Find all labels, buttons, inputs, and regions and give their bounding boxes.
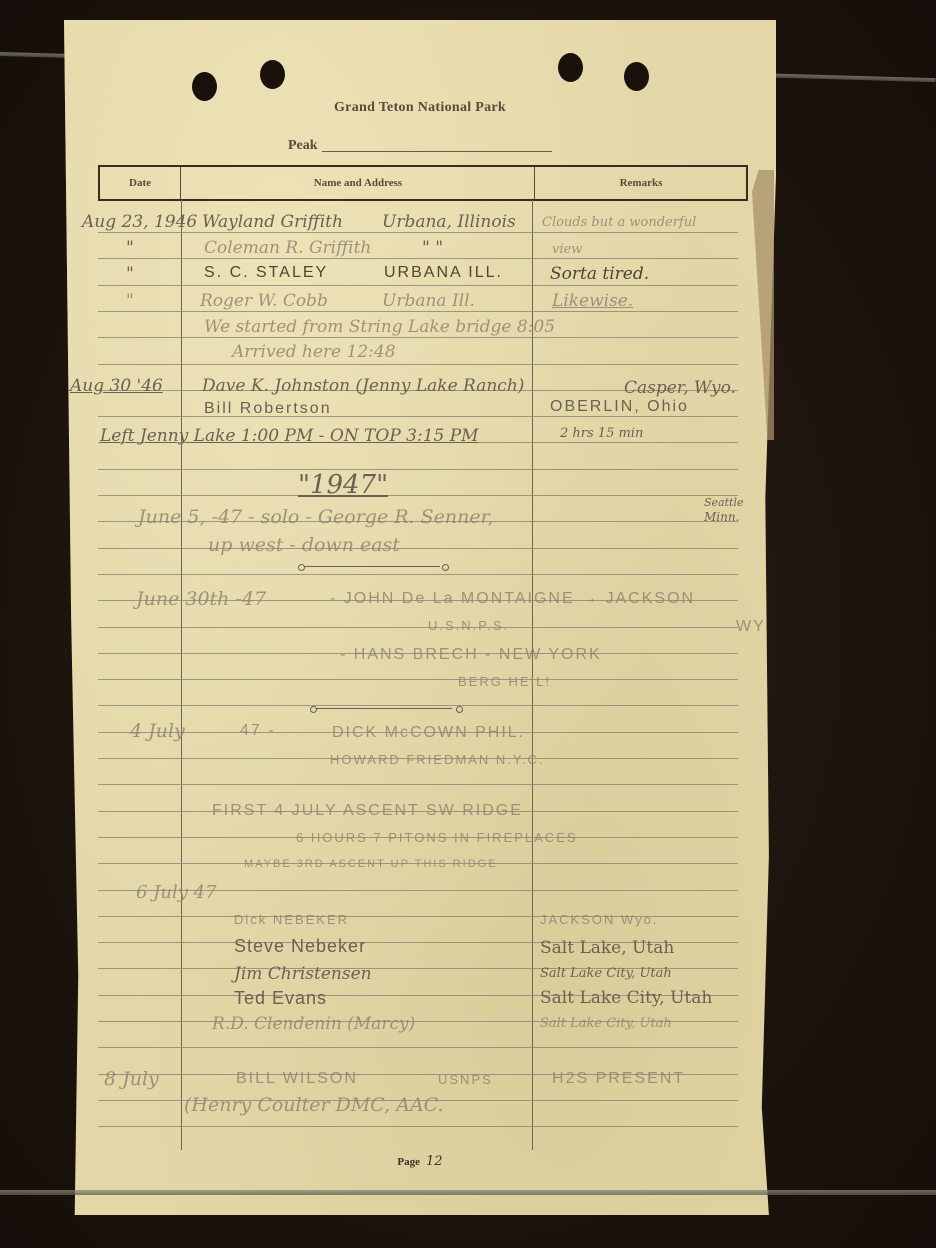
entry-date: Aug 23, 1946	[82, 212, 197, 232]
ruled-line	[98, 784, 738, 785]
ruled-line	[98, 705, 738, 706]
ruled-line	[98, 1126, 738, 1127]
entry-line: WYO.	[736, 618, 787, 636]
entry-address: " "	[422, 238, 443, 258]
entry-remarks: view	[552, 242, 582, 257]
peak-label: Peak	[288, 138, 318, 154]
entry-line: - HANS BRECH - NEW YORK	[340, 646, 602, 664]
entry-date: "	[126, 238, 134, 258]
column-header-date: Date	[100, 167, 180, 199]
entry-line: FIRST 4 JULY ASCENT SW RIDGE	[212, 802, 523, 820]
ruled-line	[98, 1047, 738, 1048]
entry-remarks: Sorta tired.	[550, 264, 649, 284]
column-header-remarks: Remarks	[534, 167, 747, 199]
entry-address: Minn.	[704, 510, 739, 524]
separator-dot	[298, 564, 305, 571]
entry-line: 6 HOURS 7 PITONS IN FIREPLACES	[296, 830, 578, 845]
summit-register-page: Grand Teton National Park Peak Date Name…	[64, 20, 776, 1215]
punch-hole	[624, 62, 649, 91]
entry-date: Aug 30 '46	[70, 376, 163, 396]
entry-address: Salt Lake, Utah	[540, 938, 674, 958]
peak-field	[322, 151, 552, 152]
display-wire-bottom	[0, 1190, 936, 1195]
ruled-line	[98, 495, 738, 496]
entry-address: Seattle	[704, 496, 743, 509]
entry-note: Left Jenny Lake 1:00 PM - ON TOP 3:15 PM	[100, 426, 479, 446]
entry-date: June 30th -47	[136, 588, 266, 610]
ruled-line	[98, 364, 738, 365]
ruled-line	[98, 469, 738, 470]
punch-hole	[558, 53, 583, 82]
entry-name: BILL WILSON	[236, 1070, 358, 1088]
entry-note: We started from String Lake bridge 8:05	[204, 317, 555, 337]
entry-remarks: Clouds but a wonderful	[542, 215, 696, 230]
entry-name: Ted Evans	[234, 988, 327, 1009]
entry-date: "	[126, 264, 134, 284]
entry-address: OBERLIN, Ohio	[550, 398, 689, 416]
punch-hole	[192, 72, 217, 101]
separator-line	[316, 708, 452, 709]
entry-address: JACKSON Wyo.	[540, 912, 659, 927]
entry-name: Wayland Griffith	[202, 212, 343, 232]
ruled-line	[98, 548, 738, 549]
entry-name: Dick NEBEKER	[234, 912, 349, 927]
ruled-line	[98, 285, 738, 286]
page-number-value: 12	[426, 1154, 443, 1169]
entry-line: June 5, -47 - solo - George R. Senner,	[138, 506, 494, 528]
ruled-line	[98, 679, 738, 680]
entry-address: Salt Lake City, Utah	[540, 1016, 672, 1031]
entry-name: Jim Christensen	[234, 964, 372, 984]
form-title: Grand Teton National Park	[64, 100, 776, 116]
entry-line: HOWARD FRIEDMAN N.Y.C.	[330, 752, 544, 767]
column-divider	[181, 200, 182, 1150]
entry-line: MAYBE 3RD ASCENT UP THIS RIDGE	[244, 858, 498, 870]
entry-date: 8 July	[104, 1068, 159, 1090]
entry-address: Salt Lake City, Utah	[540, 966, 672, 981]
entry-date: 4 July	[130, 720, 185, 742]
entry-note: Arrived here 12:48	[232, 342, 396, 362]
entry-name: Steve Nebeker	[234, 936, 366, 957]
entry-name: Bill Robertson	[204, 400, 332, 418]
column-header-name-address: Name and Address	[180, 167, 535, 199]
entry-duration: 2 hrs 15 min	[560, 426, 643, 441]
entry-address: URBANA ILL.	[384, 264, 503, 282]
entry-name: Roger W. Cobb	[200, 291, 328, 311]
ruled-line	[98, 232, 738, 233]
page-number: Page12	[64, 1154, 776, 1169]
entry-affiliation: USNPS	[438, 1072, 493, 1087]
entry-date: "	[126, 291, 134, 311]
separator-dot	[456, 706, 463, 713]
ruled-line	[98, 574, 738, 575]
entry-line: - JOHN De La MONTAIGNE → JACKSON	[330, 590, 695, 608]
separator-dot	[310, 706, 317, 713]
entry-line: (Henry Coulter DMC, AAC.	[184, 1094, 444, 1116]
entry-address: Casper, Wyo.	[624, 378, 736, 398]
ruled-line	[98, 311, 738, 312]
entry-year: 47 -	[240, 722, 276, 740]
ruled-line	[98, 416, 738, 417]
entry-date: 6 July 47	[136, 882, 217, 903]
entry-remarks: Likewise.	[552, 291, 633, 311]
separator-line	[304, 566, 440, 567]
ruled-line	[98, 337, 738, 338]
page-label: Page	[397, 1156, 420, 1168]
separator-dot	[442, 564, 449, 571]
entry-address: Salt Lake City, Utah	[540, 988, 712, 1008]
entry-name: Dave K. Johnston (Jenny Lake Ranch)	[202, 376, 524, 396]
entry-address: Urbana Ill.	[382, 291, 475, 311]
table-header: Date Name and Address Remarks	[98, 165, 748, 201]
entry-line: U.S.N.P.S.	[428, 618, 509, 633]
punch-hole	[260, 60, 285, 89]
entry-line: up west - down east	[208, 534, 400, 556]
ruled-line	[98, 258, 738, 259]
entry-name: Coleman R. Griffith	[204, 238, 371, 258]
entry-address: Urbana, Illinois	[382, 212, 516, 232]
entry-name: S. C. STALEY	[204, 264, 328, 282]
entry-name: R.D. Clendenin (Marcy)	[212, 1014, 415, 1034]
entry-line: BERG HEIL!	[458, 674, 551, 689]
ruled-line	[98, 627, 738, 628]
entry-remarks: H2S PRESENT	[552, 1070, 685, 1088]
year-heading: "1947"	[298, 470, 388, 500]
entry-line: DICK McCOWN PHIL.	[332, 724, 525, 742]
